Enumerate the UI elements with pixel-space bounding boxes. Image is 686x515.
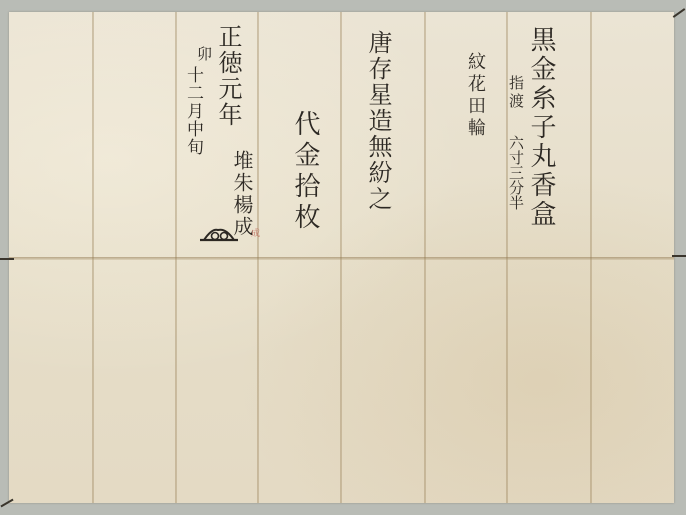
diameter-value-text: 六寸三分半 (508, 135, 523, 210)
kao-seal-icon (198, 226, 240, 242)
item-name-text: 黒金糸子丸香盒 (528, 26, 554, 229)
attribution-text: 唐存星造無紛之 (366, 30, 390, 212)
document-paper (9, 12, 674, 503)
zodiac-text: 卯 (196, 46, 211, 64)
corner-mark (673, 8, 686, 18)
diameter-label-text: 指渡 (508, 75, 523, 111)
corner-mark (0, 258, 14, 260)
corner-mark (0, 499, 13, 508)
corner-mark (672, 255, 686, 257)
valuation-text: 代金拾枚 (292, 110, 318, 234)
month-text: 十二月中旬 (184, 66, 201, 156)
red-seal-stamp: 成 (248, 228, 261, 237)
horizontal-fold-line (9, 257, 674, 260)
era-date-text: 正徳元年 (216, 24, 240, 128)
pattern-text: 紋花田輪 (466, 52, 484, 140)
signature-text: 堆朱楊成 (232, 150, 252, 238)
